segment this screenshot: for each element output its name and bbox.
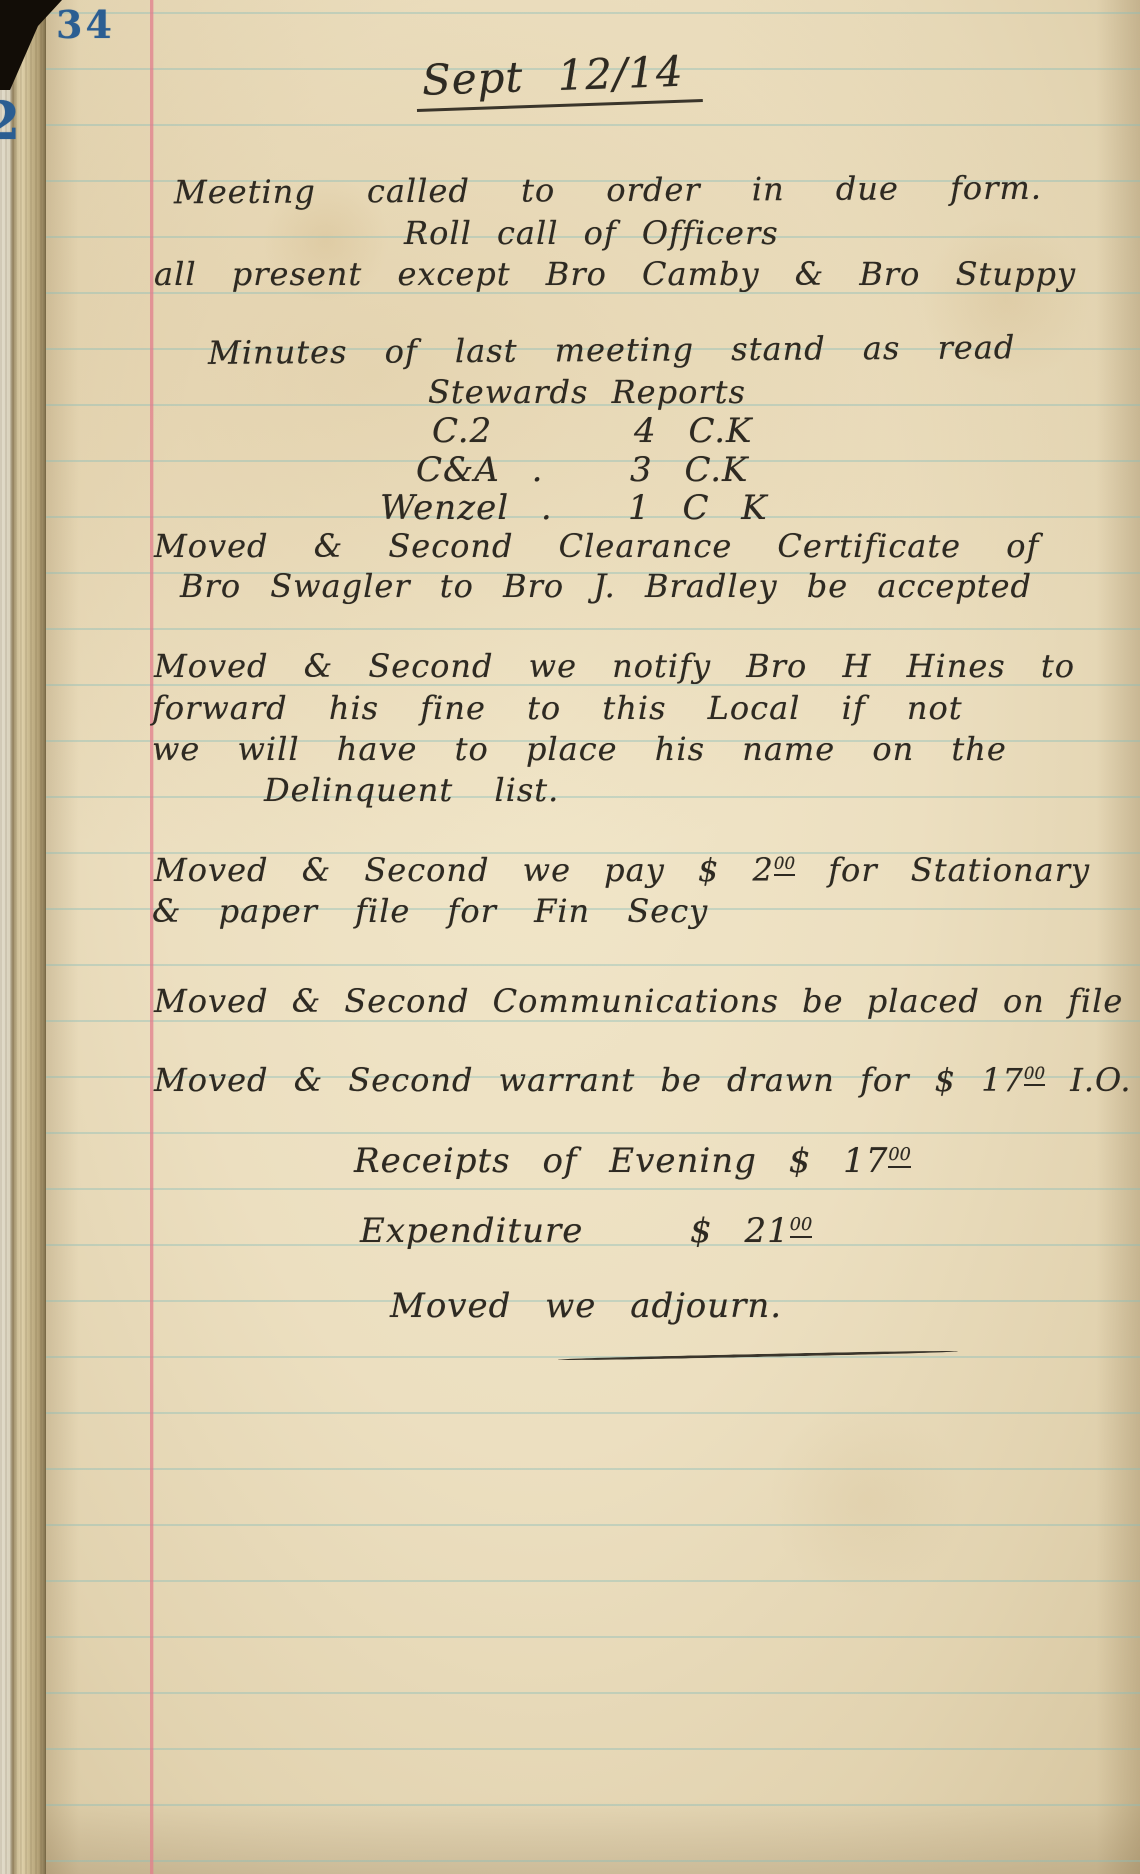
minutes-line-rollcall: Roll call of Officers [404, 215, 779, 252]
receipts-text: Receipts of Evening $ 17 [354, 1141, 888, 1181]
adjacent-page-number: 2 [0, 96, 20, 148]
pay-text-cont: for Stationary [795, 851, 1090, 889]
minutes-line-pay: Moved & Second we pay $ 200 for Stationa… [154, 852, 1090, 889]
minutes-line-notify-3: we will have to place his name on the [152, 731, 1007, 768]
pay-cents: 00 [774, 854, 795, 876]
ledger-page: 34 Sept 12/14 Meeting called to order in… [46, 0, 1140, 1874]
minutes-line-clearance-1: Moved & Second Clearance Certificate of [154, 528, 1039, 565]
minutes-line-clearance-2: Bro Swagler to Bro J. Bradley be accepte… [180, 568, 1032, 605]
expenditure-dollars: $ 21 [690, 1211, 790, 1251]
report-value: 1 C K [628, 489, 768, 528]
stewards-reports-heading: Stewards Reports [428, 374, 746, 411]
pay-text: Moved & Second we pay $ 2 [154, 851, 774, 889]
margin-line [150, 0, 153, 1874]
report-name: Wenzel . [380, 489, 553, 528]
book-page-edges: 2 [0, 0, 46, 1874]
minutes-line-notify-4: Delinquent list. [264, 772, 559, 809]
report-value: 4 C.K [634, 412, 752, 451]
date-heading: Sept 12/14 [415, 47, 703, 112]
adjourn-line: Moved we adjourn. [390, 1287, 782, 1326]
report-name: C.2 [432, 412, 492, 451]
minutes-line-pay-2: & paper file for Fin Secy [152, 893, 708, 930]
expenditure-amount: $ 2100 [690, 1212, 812, 1251]
warrant-cents: 00 [1024, 1064, 1045, 1086]
report-name: C&A . [416, 451, 543, 490]
minutes-line-present: all present except Bro Camby & Bro Stupp… [154, 256, 1076, 293]
receipts-line: Receipts of Evening $ 1700 [354, 1142, 911, 1181]
minutes-line-notify-1: Moved & Second we notify Bro H Hines to [154, 648, 1075, 685]
page-number: 34 [56, 6, 115, 44]
minutes-line-notify-2: forward his fine to this Local if not [152, 690, 963, 727]
expenditure-cents: 00 [790, 1215, 813, 1238]
warrant-text: Moved & Second warrant be drawn for $ 17 [154, 1061, 1024, 1099]
minutes-line-communications: Moved & Second Communications be placed … [154, 983, 1123, 1020]
minutes-line-warrant: Moved & Second warrant be drawn for $ 17… [154, 1062, 1132, 1099]
minutes-line-lastmeeting: Minutes of last meeting stand as read [208, 329, 1016, 371]
receipts-cents: 00 [888, 1145, 911, 1168]
warrant-payee: I.O. [1045, 1061, 1132, 1099]
minutes-line-meeting: Meeting called to order in due form. [174, 170, 1042, 211]
report-value: 3 C.K [630, 451, 748, 490]
expenditure-label: Expenditure [360, 1212, 583, 1251]
